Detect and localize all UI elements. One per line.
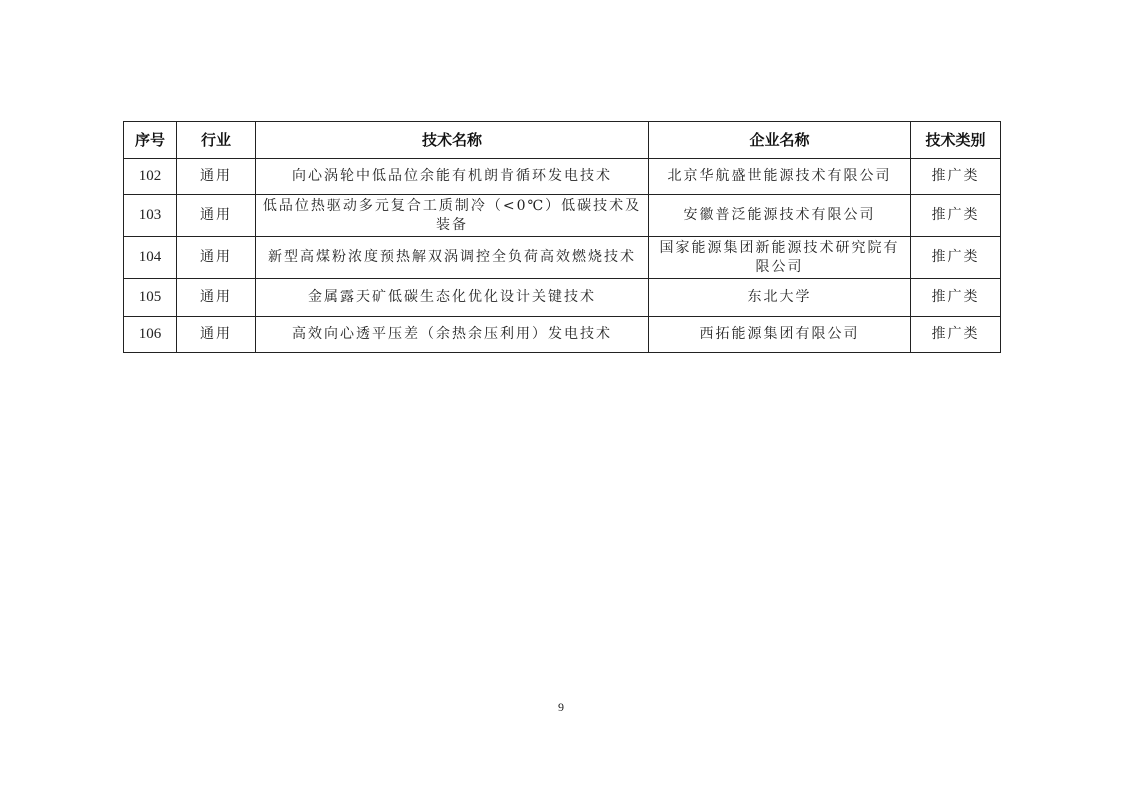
cell-technology-category: 推广类 <box>911 195 1001 237</box>
table-row: 102 通用 向心涡轮中低品位余能有机朗肯循环发电技术 北京华航盛世能源技术有限… <box>124 159 1001 195</box>
cell-industry: 通用 <box>177 279 256 317</box>
cell-serial-number: 105 <box>124 279 177 317</box>
cell-company-name: 东北大学 <box>649 279 911 317</box>
cell-serial-number: 103 <box>124 195 177 237</box>
page-number: 9 <box>0 700 1122 715</box>
cell-technology-name: 新型高煤粉浓度预热解双涡调控全负荷高效燃烧技术 <box>256 237 649 279</box>
header-technology-name: 技术名称 <box>256 122 649 159</box>
cell-technology-name: 低品位热驱动多元复合工质制冷（<0℃）低碳技术及装备 <box>256 195 649 237</box>
cell-industry: 通用 <box>177 317 256 353</box>
cell-company-name: 西拓能源集团有限公司 <box>649 317 911 353</box>
table-row: 103 通用 低品位热驱动多元复合工质制冷（<0℃）低碳技术及装备 安徽普泛能源… <box>124 195 1001 237</box>
cell-technology-name: 高效向心透平压差（余热余压利用）发电技术 <box>256 317 649 353</box>
cell-technology-category: 推广类 <box>911 317 1001 353</box>
table-header-row: 序号 行业 技术名称 企业名称 技术类别 <box>124 122 1001 159</box>
table-row: 105 通用 金属露天矿低碳生态化优化设计关键技术 东北大学 推广类 <box>124 279 1001 317</box>
cell-company-name: 安徽普泛能源技术有限公司 <box>649 195 911 237</box>
table-row: 104 通用 新型高煤粉浓度预热解双涡调控全负荷高效燃烧技术 国家能源集团新能源… <box>124 237 1001 279</box>
cell-technology-name: 向心涡轮中低品位余能有机朗肯循环发电技术 <box>256 159 649 195</box>
table-row: 106 通用 高效向心透平压差（余热余压利用）发电技术 西拓能源集团有限公司 推… <box>124 317 1001 353</box>
cell-company-name: 北京华航盛世能源技术有限公司 <box>649 159 911 195</box>
cell-technology-category: 推广类 <box>911 237 1001 279</box>
cell-industry: 通用 <box>177 159 256 195</box>
header-technology-category: 技术类别 <box>911 122 1001 159</box>
cell-serial-number: 104 <box>124 237 177 279</box>
cell-technology-category: 推广类 <box>911 279 1001 317</box>
cell-company-name: 国家能源集团新能源技术研究院有限公司 <box>649 237 911 279</box>
cell-industry: 通用 <box>177 195 256 237</box>
header-company-name: 企业名称 <box>649 122 911 159</box>
header-serial-number: 序号 <box>124 122 177 159</box>
cell-technology-category: 推广类 <box>911 159 1001 195</box>
technology-table: 序号 行业 技术名称 企业名称 技术类别 102 通用 向心涡轮中低品位余能有机… <box>123 121 1001 353</box>
cell-industry: 通用 <box>177 237 256 279</box>
cell-serial-number: 106 <box>124 317 177 353</box>
header-industry: 行业 <box>177 122 256 159</box>
cell-serial-number: 102 <box>124 159 177 195</box>
cell-technology-name: 金属露天矿低碳生态化优化设计关键技术 <box>256 279 649 317</box>
